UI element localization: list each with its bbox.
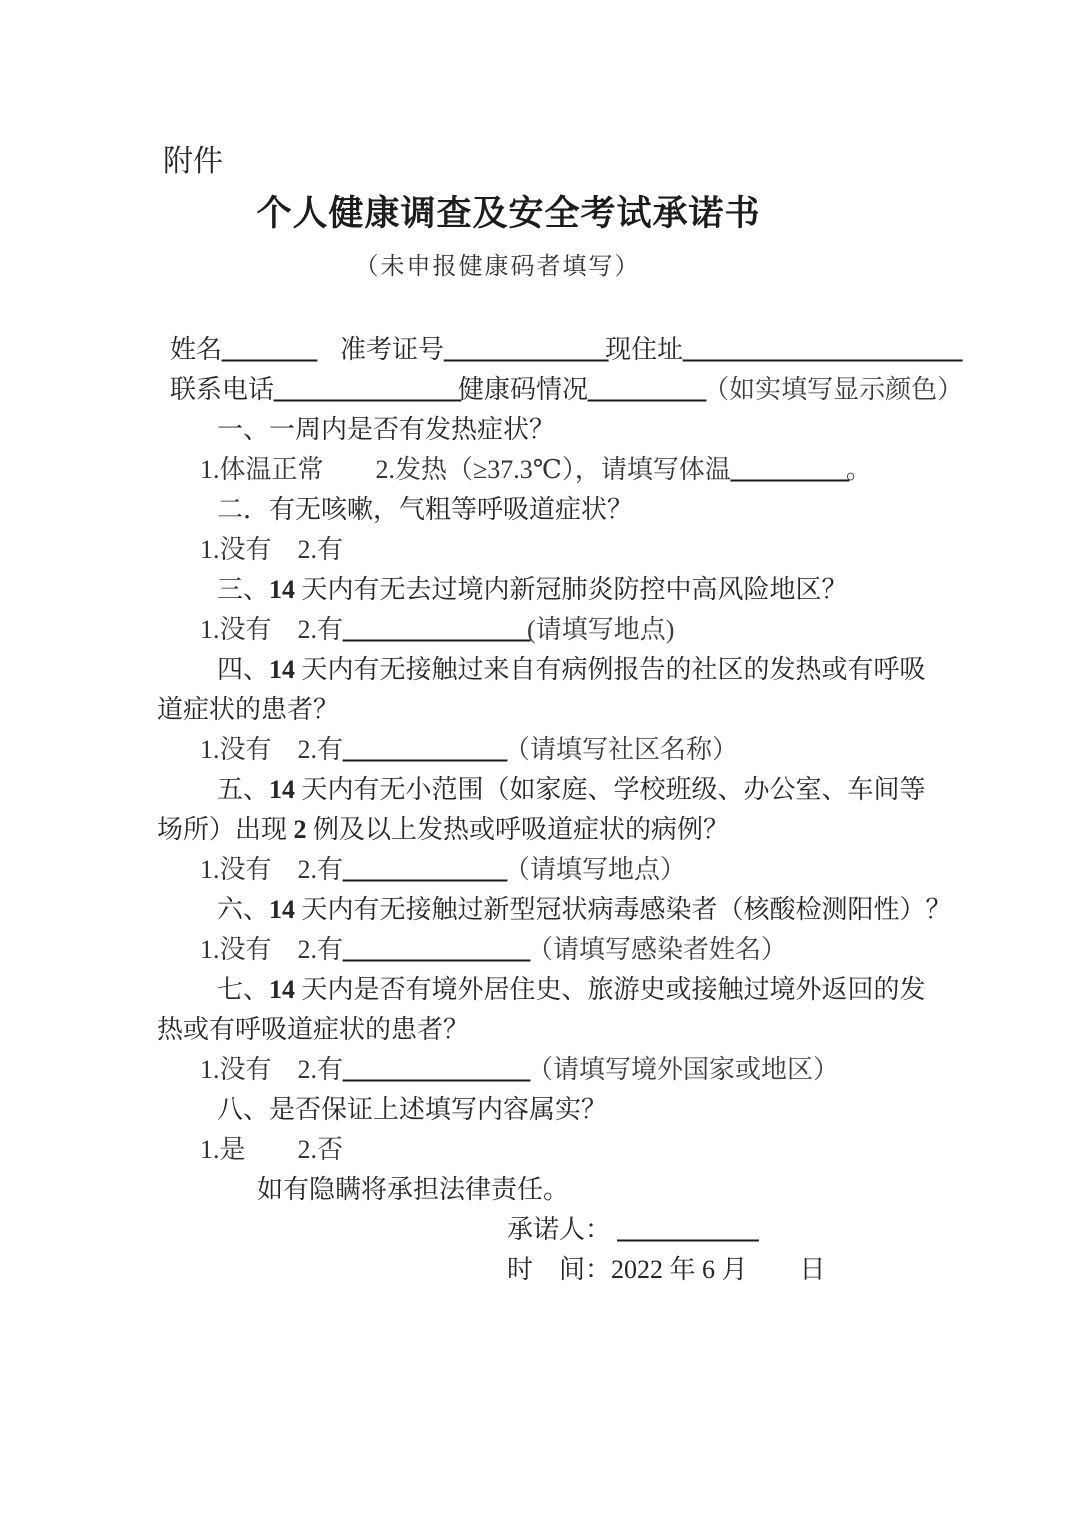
text-segment: 五、	[217, 775, 269, 804]
text-segment	[324, 455, 376, 484]
text-segment: 承诺人：	[507, 1215, 618, 1244]
page-subtitle: （未申报健康码者填写）	[0, 246, 1080, 281]
text-segment: 姓名	[170, 335, 222, 364]
text-segment: 如有隐瞒将承担法律责任。	[257, 1175, 569, 1204]
legal-note: 如有隐瞒将承担法律责任。	[157, 1170, 1047, 1210]
text-segment: 1.没有 2.有	[200, 1055, 343, 1084]
text-segment: 准考证号	[340, 335, 444, 364]
question-3-options: 1.没有 2.有＿＿＿＿＿＿＿＿(请填写地点)	[157, 610, 1047, 650]
text-segment: 天内有无接触过来自有病例报告的社区的发热或有呼吸	[295, 655, 926, 684]
text-segment: 一、一周内是否有发热症状？	[217, 415, 555, 444]
promiser-line: 承诺人： ＿＿＿＿＿＿	[157, 1210, 1047, 1250]
form-lines: 姓名＿＿＿＿ 准考证号＿＿＿＿＿＿＿现住址＿＿＿＿＿＿＿＿＿＿＿＿联系电话＿＿＿…	[157, 330, 1047, 1290]
text-segment: 14	[269, 895, 295, 924]
question-8-options: 1.是 2.否	[157, 1130, 1047, 1170]
question-6-options: 1.没有 2.有＿＿＿＿＿＿＿＿（请填写感染者姓名）	[157, 930, 1047, 970]
question-4-line-1: 四、14 天内有无接触过来自有病例报告的社区的发热或有呼吸	[157, 650, 1047, 690]
question-3: 三、14 天内有无去过境内新冠肺炎防控中高风险地区？	[157, 570, 1047, 610]
text-segment: 1.没有 2.有	[200, 735, 343, 764]
text-segment: 14	[269, 775, 295, 804]
text-segment: 四、	[217, 655, 269, 684]
question-7-options: 1.没有 2.有＿＿＿＿＿＿＿＿（请填写境外国家或地区）	[157, 1050, 1047, 1090]
question-2-options: 1.没有 2.有	[157, 530, 1047, 570]
text-segment: （请填写地点）	[504, 855, 686, 884]
question-5-line-2: 场所）出现 2 例及以上发热或呼吸道症状的病例？	[157, 810, 1047, 850]
question-4-line-2: 道症状的患者？	[157, 690, 1047, 730]
text-segment: （请填写社区名称）	[504, 735, 738, 764]
text-segment: （请填写感染者姓名）	[527, 935, 787, 964]
question-2: 二．有无咳嗽，气粗等呼吸道症状？	[157, 490, 1047, 530]
text-segment: 14	[269, 655, 295, 684]
fill-blank: ＿＿＿＿＿＿＿＿	[274, 375, 458, 404]
text-segment: 例及以上发热或呼吸道症状的病例？	[307, 815, 730, 844]
fill-blank: ＿＿＿＿	[222, 335, 314, 364]
text-segment: （请填写境外国家或地区）	[527, 1055, 839, 1084]
text-segment: 时 间：2022 年 6 月 日	[507, 1255, 826, 1284]
fill-blank: ＿＿＿＿＿＿＿	[343, 735, 504, 764]
fill-blank: ＿＿＿＿＿＿＿＿＿＿＿＿	[683, 335, 959, 364]
text-segment: 1.没有 2.有	[200, 855, 343, 884]
fill-blank: ＿＿＿＿＿＿	[618, 1215, 756, 1244]
text-segment: 健康码情况	[458, 375, 588, 404]
fill-blank: ＿＿＿＿＿＿＿	[444, 335, 605, 364]
fill-blank: ＿＿＿＿＿＿＿	[343, 855, 504, 884]
text-segment: 二．有无咳嗽，气粗等呼吸道症状？	[217, 495, 633, 524]
text-segment: 2	[294, 815, 307, 844]
question-1-options: 1.体温正常 2.发热（≥37.3℃），请填写体温＿＿＿＿＿。	[157, 450, 1047, 490]
attachment-label: 附件	[163, 136, 223, 180]
text-segment: 六、	[217, 895, 269, 924]
text-segment: 天内是否有境外居住史、旅游史或接触过境外返回的发	[295, 975, 926, 1004]
fill-blank: ＿＿＿＿＿	[731, 455, 846, 484]
question-5-line-1: 五、14 天内有无小范围（如家庭、学校班级、办公室、车间等	[157, 770, 1047, 810]
question-7-line-1: 七、14 天内是否有境外居住史、旅游史或接触过境外返回的发	[157, 970, 1047, 1010]
document-page: 附件 个人健康调查及安全考试承诺书 （未申报健康码者填写） 姓名＿＿＿＿ 准考证…	[0, 0, 1080, 1527]
text-segment: 天内有无接触过新型冠状病毒感染者（核酸检测阳性）？	[295, 895, 952, 924]
text-segment: 14	[269, 975, 295, 1004]
text-segment: 2.发热（≥37.3℃），请填写体温	[376, 455, 731, 484]
text-segment: 1.没有 2.有	[200, 615, 343, 644]
fill-blank: ＿＿＿＿＿	[588, 375, 703, 404]
text-segment: 热或有呼吸道症状的患者？	[157, 1015, 469, 1044]
text-segment: 现住址	[605, 335, 683, 364]
text-segment: 1.没有 2.有	[200, 935, 343, 964]
text-segment: 八、是否保证上述填写内容属实？	[217, 1095, 607, 1124]
text-segment: (请填写地点)	[527, 615, 674, 644]
text-segment: 七、	[217, 975, 269, 1004]
fill-blank: ＿＿＿＿＿＿＿＿	[343, 615, 527, 644]
question-4-options: 1.没有 2.有＿＿＿＿＿＿＿（请填写社区名称）	[157, 730, 1047, 770]
text-segment: 1.没有 2.有	[200, 535, 343, 564]
text-segment	[314, 335, 340, 364]
fields-row-1: 姓名＿＿＿＿ 准考证号＿＿＿＿＿＿＿现住址＿＿＿＿＿＿＿＿＿＿＿＿	[157, 330, 1047, 370]
text-segment: （如实填写显示颜色）	[703, 375, 963, 404]
text-segment: 1.是 2.否	[200, 1135, 343, 1164]
text-segment: 。	[846, 455, 872, 484]
text-segment: 14	[269, 575, 295, 604]
question-8: 八、是否保证上述填写内容属实？	[157, 1090, 1047, 1130]
question-5-options: 1.没有 2.有＿＿＿＿＿＿＿（请填写地点）	[157, 850, 1047, 890]
text-segment: 1.体温正常	[200, 455, 324, 484]
text-segment: 道症状的患者？	[157, 695, 339, 724]
fill-blank: ＿＿＿＿＿＿＿＿	[343, 935, 527, 964]
text-segment: 天内有无小范围（如家庭、学校班级、办公室、车间等	[295, 775, 926, 804]
text-segment: 联系电话	[170, 375, 274, 404]
question-6: 六、14 天内有无接触过新型冠状病毒感染者（核酸检测阳性）？	[157, 890, 1047, 930]
question-1: 一、一周内是否有发热症状？	[157, 410, 1047, 450]
fill-blank: ＿＿＿＿＿＿＿＿	[343, 1055, 527, 1084]
text-segment: 天内有无去过境内新冠肺炎防控中高风险地区？	[295, 575, 848, 604]
text-segment: 场所）出现	[157, 815, 294, 844]
text-segment: 三、	[217, 575, 269, 604]
question-7-line-2: 热或有呼吸道症状的患者？	[157, 1010, 1047, 1050]
page-title: 个人健康调查及安全考试承诺书	[0, 186, 1080, 236]
date-line: 时 间：2022 年 6 月 日	[157, 1250, 1047, 1290]
fields-row-2: 联系电话＿＿＿＿＿＿＿＿健康码情况＿＿＿＿＿（如实填写显示颜色）	[157, 370, 1047, 410]
